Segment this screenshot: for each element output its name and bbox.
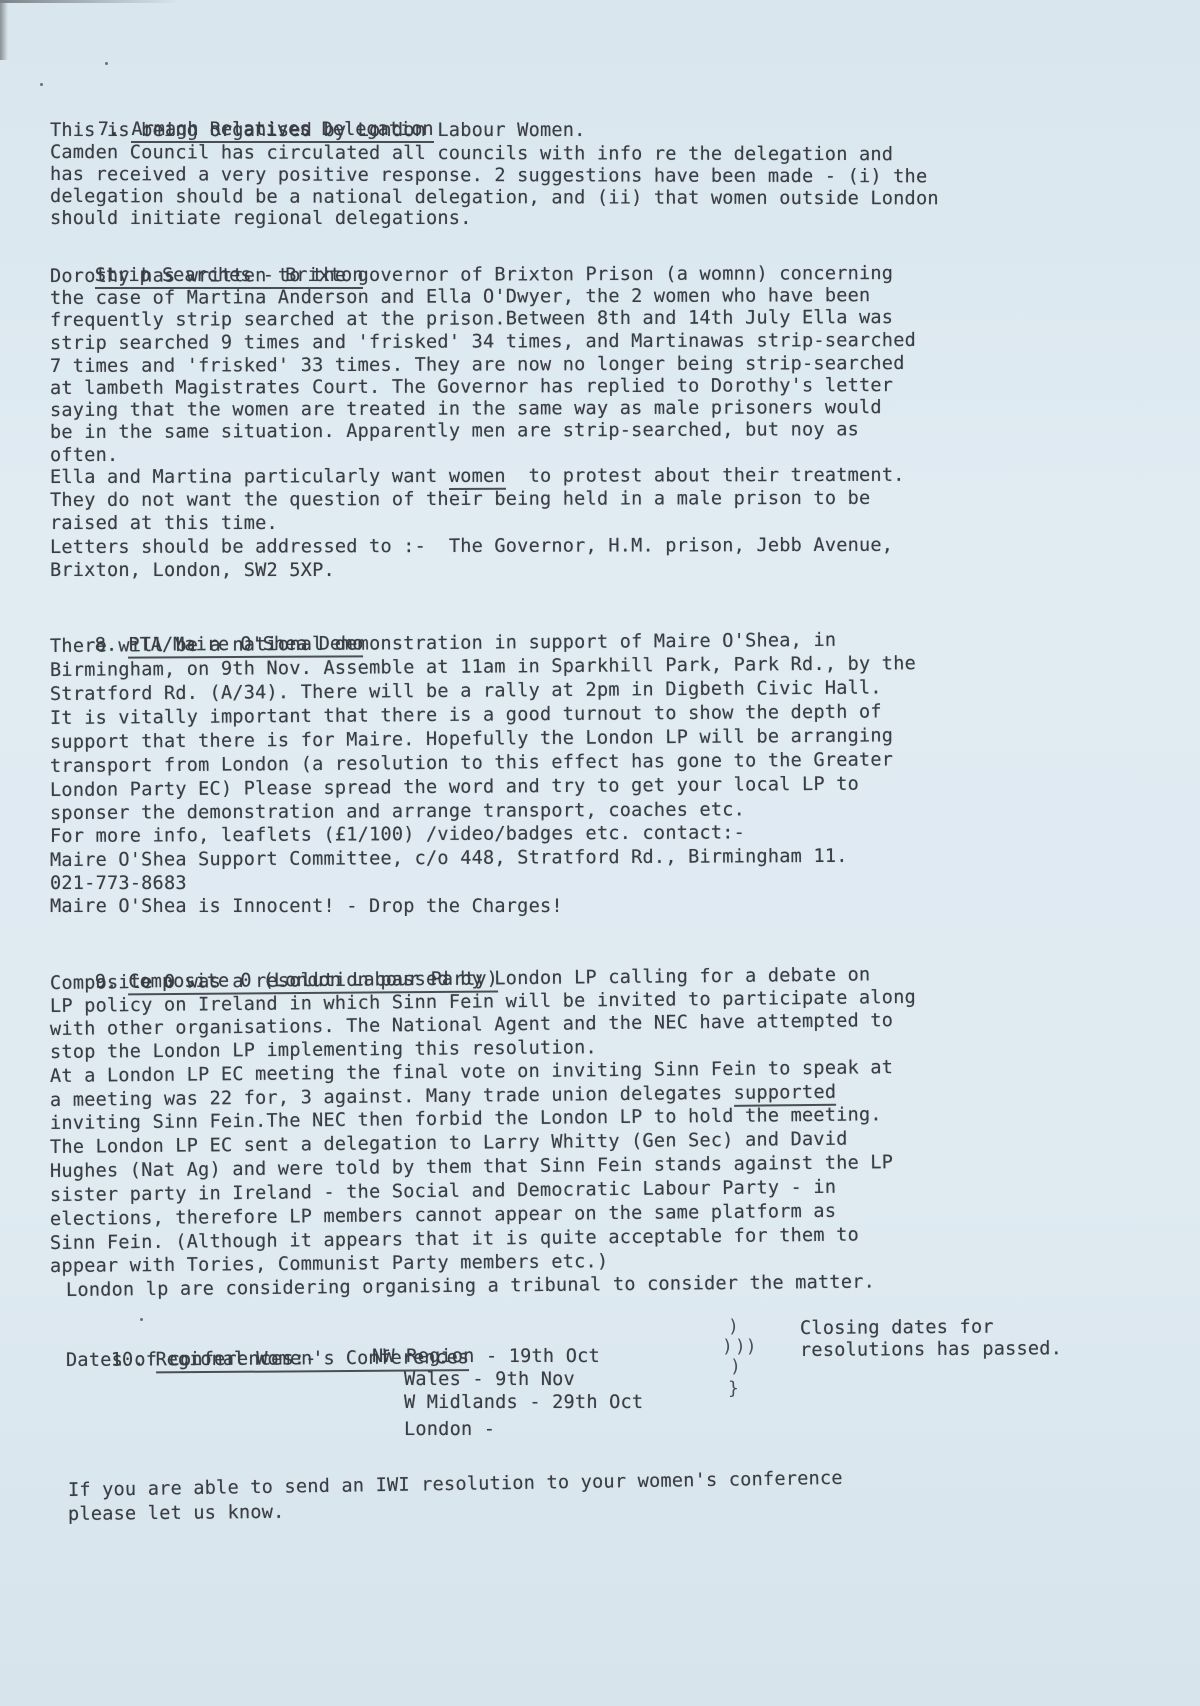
conference-row: London -	[404, 1419, 495, 1441]
strip-line: be in the same situation. Apparently men…	[50, 419, 859, 444]
s7-line: Camden Council has circulated all counci…	[50, 142, 893, 166]
s10-request-line: If you are able to send an IWI resolutio…	[68, 1468, 843, 1502]
s8-line: sponser the demonstration and arrange tr…	[50, 799, 745, 825]
handwritten-brace: )	[730, 1358, 741, 1376]
strip-line: the case of Martina Anderson and Ella O'…	[50, 285, 870, 310]
s8-contact-line: Maire O'Shea Support Committee, c/o 448,…	[50, 846, 848, 872]
strip-line: 7 times and 'frisked' 33 times. They are…	[50, 353, 905, 378]
conference-date: 19th Oct	[509, 1346, 600, 1367]
s7-line: This is being organised by London Labour…	[50, 120, 586, 142]
conference-row: W Midlands - 29th Oct	[404, 1392, 643, 1414]
closing-note-line: Closing dates for	[800, 1317, 994, 1340]
s9-line: stop the London LP implementing this res…	[50, 1037, 597, 1064]
handwritten-brace: }	[728, 1380, 739, 1398]
strip-line: frequently strip searched at the prison.…	[50, 307, 893, 332]
scanned-page: 7. Armagh Relatives Delegation This is b…	[0, 0, 1200, 1706]
scan-edge-shadow	[0, 0, 8, 60]
handwritten-brace: )))	[722, 1338, 757, 1356]
scan-top-shadow	[0, 0, 180, 3]
conference-date: 29th Oct	[552, 1392, 643, 1413]
s7-line: should initiate regional delegations.	[50, 208, 472, 230]
s8-phone: 021-773-8683	[50, 873, 187, 895]
closing-note-line: resolutions has passed.	[800, 1338, 1062, 1362]
strip-line: They do not want the question of their b…	[50, 488, 870, 512]
s10-dates-label: Dates of conferences:-	[66, 1348, 317, 1372]
conference-region: London	[404, 1419, 472, 1440]
s10-request-line: please let us know.	[68, 1502, 285, 1526]
handwritten-brace: )	[728, 1318, 739, 1336]
conference-region: NW Region	[372, 1346, 475, 1367]
strip-letters-line: Letters should be addressed to :- The Go…	[50, 535, 893, 559]
underlined-supported: supported	[734, 1082, 837, 1107]
s8-line: London Party EC) Please spread the word …	[50, 774, 859, 802]
speck	[40, 83, 43, 86]
strip-line-women: Ella and Martina particularly want women…	[50, 465, 905, 489]
s9-line: appear with Tories, Communist Party memb…	[50, 1251, 608, 1278]
strip-line: saying that the women are treated in the…	[50, 397, 882, 422]
s7-line: has received a very positive response. 2…	[50, 164, 927, 188]
strip-line: often.	[50, 445, 118, 467]
underlined-women: women	[449, 466, 506, 490]
s8-line: For more info, leaflets (£1/100) /video/…	[50, 822, 745, 848]
conference-date: 9th Nov	[495, 1369, 575, 1390]
conference-region: W Midlands	[404, 1392, 518, 1413]
strip-line: strip searched 9 times and 'frisked' 34 …	[50, 330, 916, 355]
strip-line: Dorothy has written to the governor of B…	[50, 263, 893, 288]
s7-line: delegation should be a national delegati…	[50, 186, 939, 210]
strip-line: at lambeth Magistrates Court. The Govern…	[50, 375, 893, 400]
s8-slogan: Maire O'Shea is Innocent! - Drop the Cha…	[50, 896, 563, 918]
conference-row: NW Region - 19th Oct	[372, 1346, 600, 1368]
speck	[105, 62, 108, 65]
speck	[140, 1318, 143, 1321]
conference-row: Wales - 9th Nov	[404, 1369, 575, 1391]
strip-line: raised at this time.	[50, 513, 278, 535]
strip-address-line: Brixton, London, SW2 5XP.	[50, 560, 335, 582]
conference-region: Wales	[404, 1369, 461, 1390]
